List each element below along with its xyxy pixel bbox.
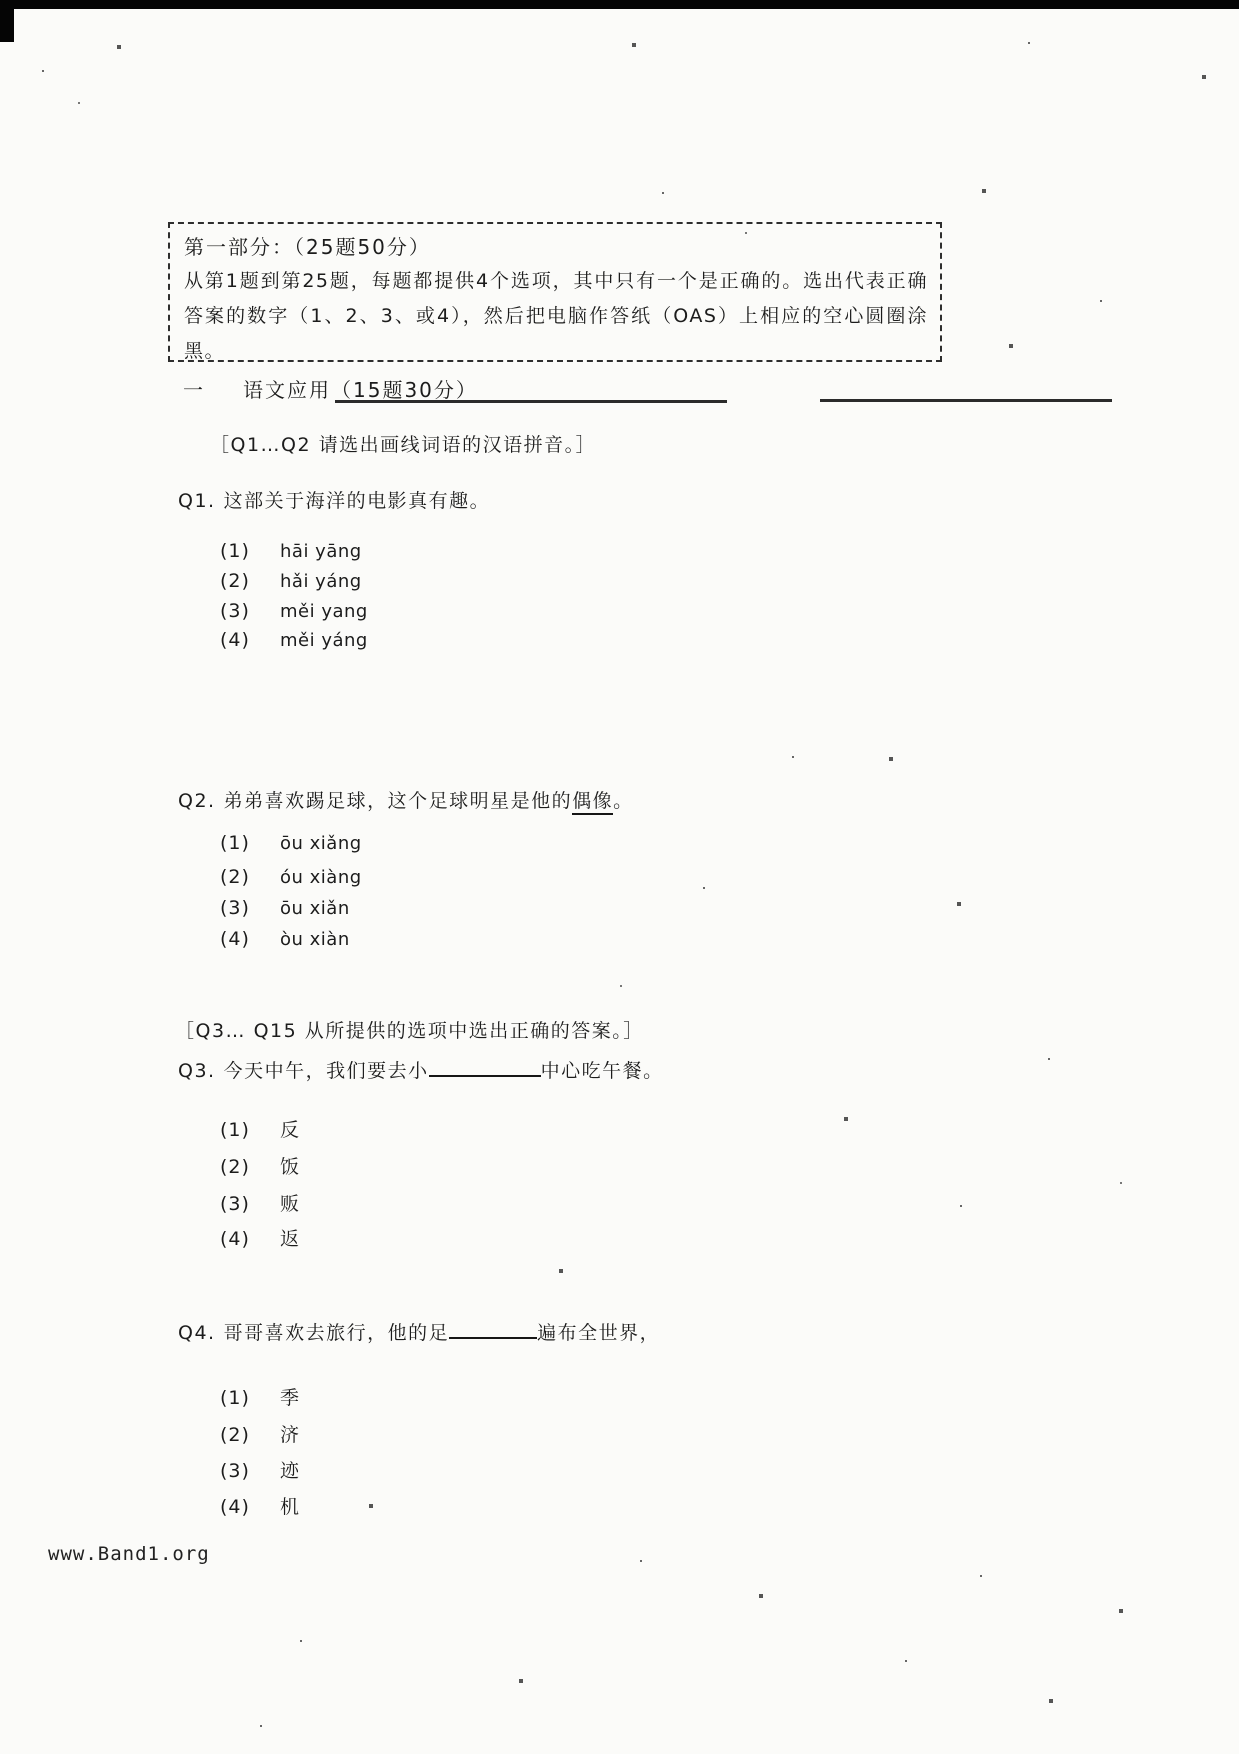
q3-label: Q3. (178, 1060, 216, 1082)
q3-option-4-number: (4) (220, 1228, 266, 1250)
q2-option-3-text: ōu xiǎn (280, 898, 350, 919)
question-q3: Q3.今天中午，我们要去小中心吃午餐。 (178, 1056, 664, 1083)
group-q3-q15-instruction: ［Q3… Q15 从所提供的选项中选出正确的答案。］ (175, 1016, 644, 1043)
q4-option-2: (2)济 (220, 1420, 300, 1447)
q2-option-1: (1)ōu xiǎng (220, 832, 362, 854)
q3-option-2: (2)饭 (220, 1152, 300, 1179)
q1-option-2: (2)hǎi yáng (220, 570, 362, 592)
q2-option-1-text: ōu xiǎng (280, 833, 362, 854)
scan-edge-artifact-corner (0, 0, 14, 42)
q3-text-before: 今天中午，我们要去小 (224, 1060, 429, 1082)
question-q4: Q4.哥哥喜欢去旅行，他的足遍布全世界， (178, 1318, 660, 1345)
scanned-exam-page: 第一部分：（25题50分） 从第1题到第25题，每题都提供4个选项，其中只有一个… (0, 0, 1239, 1754)
q4-option-1: (1)季 (220, 1383, 300, 1410)
q2-text-after: 。 (613, 790, 634, 812)
q4-option-2-text: 济 (280, 1424, 300, 1446)
q2-option-2: (2)óu xiàng (220, 866, 362, 888)
q4-option-2-number: (2) (220, 1424, 266, 1446)
q3-option-2-number: (2) (220, 1156, 266, 1178)
q4-option-1-number: (1) (220, 1387, 266, 1409)
q3-option-1-number: (1) (220, 1119, 266, 1141)
part1-instructions: 从第1题到第25题，每题都提供4个选项，其中只有一个是正确的。选出代表正确答案的… (184, 264, 928, 369)
q1-option-2-text: hǎi yáng (280, 571, 362, 592)
scan-noise-speckles (0, 0, 2, 2)
q2-option-4-number: (4) (220, 928, 266, 950)
section-title: 语文应用（15题30分） (243, 378, 478, 402)
q2-option-2-number: (2) (220, 866, 266, 888)
q3-option-4: (4)返 (220, 1224, 300, 1251)
q2-option-2-text: óu xiàng (280, 867, 362, 888)
q3-option-1: (1)反 (220, 1115, 300, 1142)
q2-option-4-text: òu xiàn (280, 929, 350, 950)
scan-line-artifact (820, 399, 1112, 402)
q4-option-4-text: 机 (280, 1496, 300, 1518)
q1-option-3: (3)měi yang (220, 600, 368, 622)
q4-option-4: (4)机 (220, 1492, 300, 1519)
q1-label: Q1. (178, 490, 216, 512)
q3-option-2-text: 饭 (280, 1156, 300, 1178)
q1-option-4-text: měi yáng (280, 630, 368, 651)
q2-option-4: (4)òu xiàn (220, 928, 350, 950)
q4-answer-blank (449, 1318, 537, 1339)
scan-edge-artifact-top (0, 0, 1239, 9)
q4-label: Q4. (178, 1322, 216, 1344)
section-heading: 一语文应用（15题30分） (183, 374, 478, 403)
q2-option-3: (3)ōu xiǎn (220, 897, 350, 919)
q1-option-3-number: (3) (220, 600, 266, 622)
q1-text: 这部关于海洋的电影真有趣。 (224, 490, 491, 512)
q1-option-3-text: měi yang (280, 601, 368, 622)
q2-underlined-word: 偶像 (572, 790, 613, 815)
q4-text-after: 遍布全世界， (537, 1322, 660, 1344)
group-q1-q2-instruction: ［Q1…Q2 请选出画线词语的汉语拼音。］ (210, 430, 596, 457)
q1-option-1-number: (1) (220, 540, 266, 562)
q4-option-3: (3)迹 (220, 1456, 300, 1483)
q2-option-1-number: (1) (220, 832, 266, 854)
part1-instruction-box: 第一部分：（25题50分） 从第1题到第25题，每题都提供4个选项，其中只有一个… (168, 222, 942, 362)
q2-label: Q2. (178, 790, 216, 812)
q4-text-before: 哥哥喜欢去旅行，他的足 (224, 1322, 450, 1344)
q3-text-after: 中心吃午餐。 (541, 1060, 664, 1082)
q3-answer-blank (429, 1056, 541, 1077)
q3-option-3-text: 贩 (280, 1193, 300, 1215)
q2-text-before: 弟弟喜欢踢足球，这个足球明星是他的 (224, 790, 573, 812)
q4-option-4-number: (4) (220, 1496, 266, 1518)
source-watermark: www.Band1.org (48, 1543, 210, 1565)
q1-option-2-number: (2) (220, 570, 266, 592)
part1-title: 第一部分：（25题50分） (184, 232, 928, 262)
q4-option-1-text: 季 (280, 1387, 300, 1409)
question-q2: Q2.弟弟喜欢踢足球，这个足球明星是他的偶像。 (178, 786, 634, 813)
q4-option-3-text: 迹 (280, 1460, 300, 1482)
q1-option-1: (1)hāi yāng (220, 540, 362, 562)
q3-option-4-text: 返 (280, 1228, 300, 1250)
section-number: 一 (183, 378, 205, 402)
q2-option-3-number: (3) (220, 897, 266, 919)
question-q1: Q1.这部关于海洋的电影真有趣。 (178, 486, 490, 513)
q1-option-1-text: hāi yāng (280, 541, 362, 562)
q1-option-4: (4)měi yáng (220, 629, 368, 651)
q3-option-1-text: 反 (280, 1119, 300, 1141)
q3-option-3-number: (3) (220, 1193, 266, 1215)
q4-option-3-number: (3) (220, 1460, 266, 1482)
q3-option-3: (3)贩 (220, 1189, 300, 1216)
q1-option-4-number: (4) (220, 629, 266, 651)
